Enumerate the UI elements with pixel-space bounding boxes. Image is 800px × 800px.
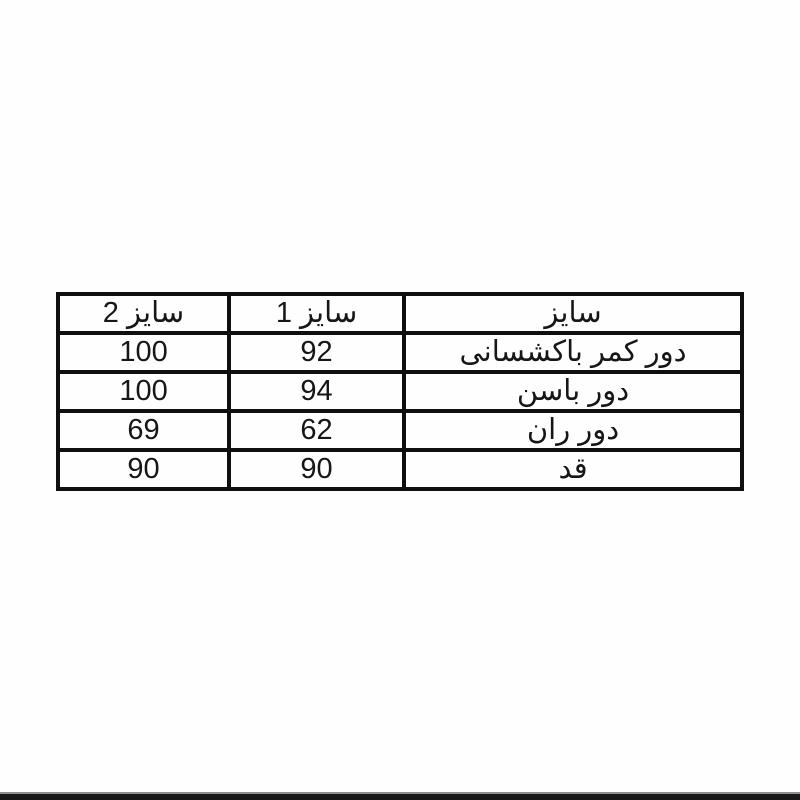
- cell-size2-value: 69: [58, 411, 229, 450]
- cell-measure-label: دور ران: [404, 411, 742, 450]
- cell-measure-label: قد: [404, 450, 742, 489]
- header-cell-size: سایز: [404, 294, 742, 333]
- size-table: سایز سایز 1 سایز 2 دور کمر باکشسانی 92 1…: [56, 292, 744, 491]
- bottom-bar: [0, 792, 800, 800]
- cell-size2-value: 100: [58, 333, 229, 372]
- cell-size1-value: 90: [229, 450, 404, 489]
- table-row-waist: دور کمر باکشسانی 92 100: [58, 333, 742, 372]
- table-row-length: قد 90 90: [58, 450, 742, 489]
- cell-measure-label: دور کمر باکشسانی: [404, 333, 742, 372]
- cell-measure-label: دور باسن: [404, 372, 742, 411]
- table-header-row: سایز سایز 1 سایز 2: [58, 294, 742, 333]
- cell-size1-value: 94: [229, 372, 404, 411]
- cell-size1-value: 92: [229, 333, 404, 372]
- cell-size2-value: 100: [58, 372, 229, 411]
- header-cell-size2: سایز 2: [58, 294, 229, 333]
- table-row-thigh: دور ران 62 69: [58, 411, 742, 450]
- size-chart-image: سایز سایز 1 سایز 2 دور کمر باکشسانی 92 1…: [0, 0, 800, 800]
- header-cell-size1: سایز 1: [229, 294, 404, 333]
- cell-size2-value: 90: [58, 450, 229, 489]
- cell-size1-value: 62: [229, 411, 404, 450]
- table-row-hip: دور باسن 94 100: [58, 372, 742, 411]
